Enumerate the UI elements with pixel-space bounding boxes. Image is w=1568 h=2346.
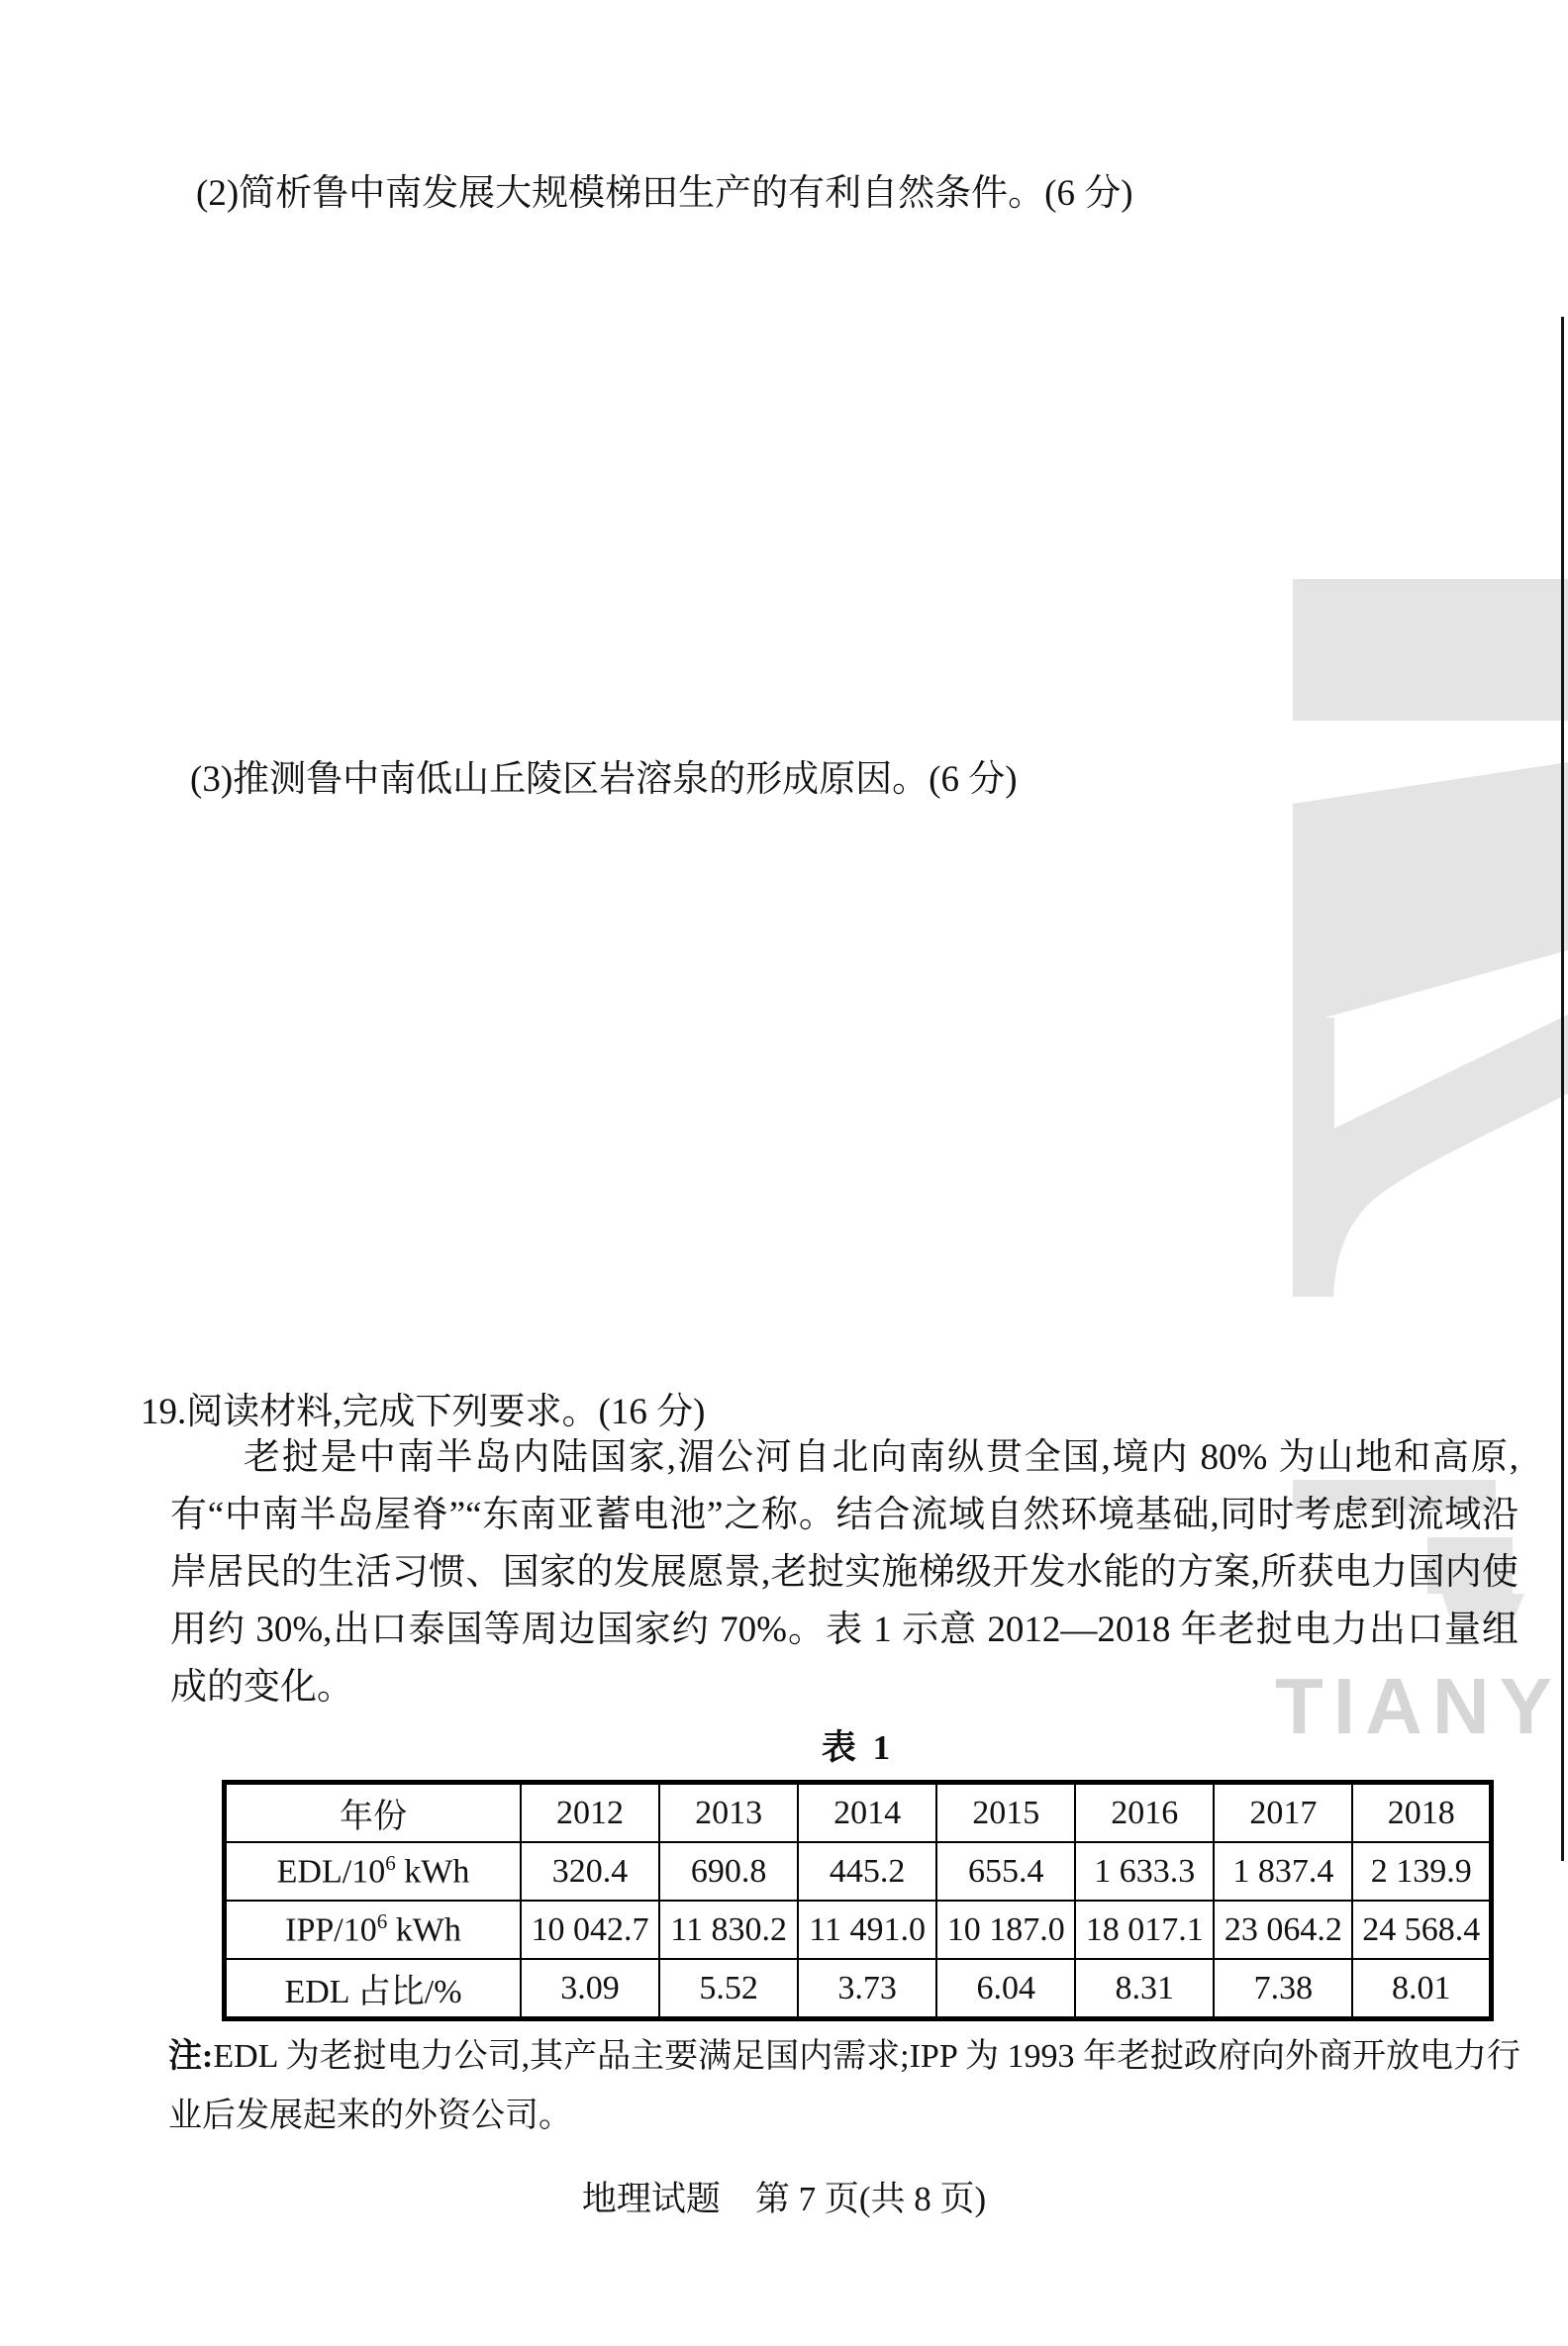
row-label: EDL/106 kWh <box>225 1842 522 1901</box>
question-19-paragraph: 老挝是中南半岛内陆国家,湄公河自北向南纵贯全国,境内 80% 为山地和高原,有“… <box>170 1429 1519 1716</box>
table-header-row: 年份2012201320142015201620172018 <box>225 1783 1492 1843</box>
row-label: IPP/106 kWh <box>225 1901 522 1959</box>
cell-value: 8.01 <box>1352 1959 1491 2019</box>
table-row: IPP/106 kWh10 042.711 830.211 491.010 18… <box>225 1901 1492 1959</box>
cell-value: 690.8 <box>659 1842 798 1901</box>
column-header-year: 2013 <box>659 1783 798 1843</box>
table-row: EDL 占比/%3.095.523.736.048.317.388.01 <box>225 1959 1492 2019</box>
cell-value: 5.52 <box>659 1959 798 2019</box>
cell-value: 11 830.2 <box>659 1901 798 1959</box>
column-header-year: 2014 <box>798 1783 936 1843</box>
cell-value: 320.4 <box>521 1842 659 1901</box>
note-label: 注: <box>168 2038 213 2075</box>
page-footer: 地理试题 第 7 页(共 8 页) <box>0 2172 1568 2221</box>
exam-paper-page: TIANY (2)简析鲁中南发展大规模梯田生产的有利自然条件。(6 分) (3)… <box>0 0 1568 2346</box>
scan-edge-line <box>1561 317 1564 1861</box>
cell-value: 23 064.2 <box>1214 1901 1352 1959</box>
column-header-year: 2012 <box>521 1783 659 1843</box>
column-header-year: 2015 <box>936 1783 1075 1843</box>
column-header-label: 年份 <box>225 1783 522 1843</box>
question-2: (2)简析鲁中南发展大规模梯田生产的有利自然条件。(6 分) <box>196 162 1133 216</box>
data-table: 年份2012201320142015201620172018 EDL/106 k… <box>222 1780 1494 2021</box>
question-19-heading: 19.阅读材料,完成下列要求。(16 分) <box>141 1381 705 1434</box>
cell-value: 11 491.0 <box>798 1901 936 1959</box>
table-row: EDL/106 kWh320.4690.8445.2655.41 633.31 … <box>225 1842 1492 1901</box>
column-header-year: 2018 <box>1352 1783 1491 1843</box>
cell-value: 18 017.1 <box>1075 1901 1214 1959</box>
table-note: 注:EDL 为老挝电力公司,其产品主要满足国内需求;IPP 为 1993 年老挝… <box>168 2027 1520 2146</box>
cell-value: 655.4 <box>936 1842 1075 1901</box>
question-3: (3)推测鲁中南低山丘陵区岩溶泉的形成原因。(6 分) <box>190 748 1018 802</box>
cell-value: 1 837.4 <box>1214 1842 1352 1901</box>
cell-value: 445.2 <box>798 1842 936 1901</box>
cell-value: 3.73 <box>798 1959 936 2019</box>
cell-value: 6.04 <box>936 1959 1075 2019</box>
cell-value: 8.31 <box>1075 1959 1214 2019</box>
table-body: EDL/106 kWh320.4690.8445.2655.41 633.31 … <box>225 1842 1492 2019</box>
cell-value: 2 139.9 <box>1352 1842 1491 1901</box>
cell-value: 3.09 <box>521 1959 659 2019</box>
cell-value: 1 633.3 <box>1075 1842 1214 1901</box>
note-text: EDL 为老挝电力公司,其产品主要满足国内需求;IPP 为 1993 年老挝政府… <box>168 2038 1520 2134</box>
cell-value: 10 187.0 <box>936 1901 1075 1959</box>
cell-value: 10 042.7 <box>521 1901 659 1959</box>
cell-value: 24 568.4 <box>1352 1901 1491 1959</box>
column-header-year: 2017 <box>1214 1783 1352 1843</box>
table-title: 表 1 <box>222 1720 1494 1770</box>
cell-value: 7.38 <box>1214 1959 1352 2019</box>
row-label: EDL 占比/% <box>225 1959 522 2019</box>
column-header-year: 2016 <box>1075 1783 1214 1843</box>
